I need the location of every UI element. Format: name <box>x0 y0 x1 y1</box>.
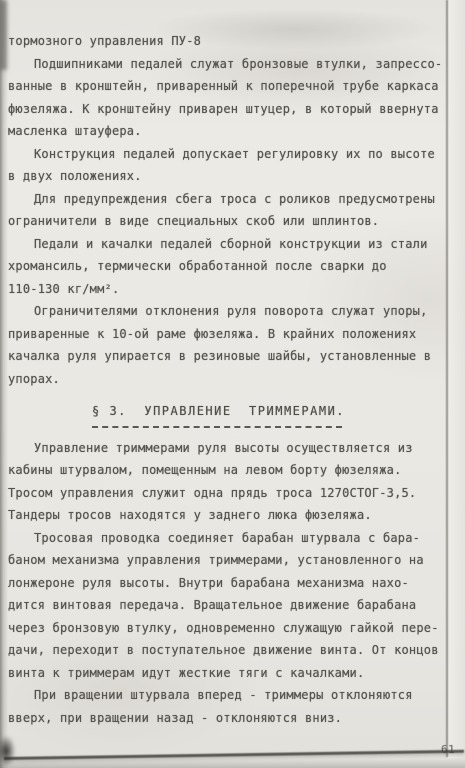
body-paragraph: Для предупреждения сбега троса с роликов… <box>8 188 444 233</box>
body-paragraph: При вращении штурвала вперед - триммеры … <box>8 684 444 729</box>
heading-dashed-underline <box>92 426 342 428</box>
body-paragraph-continuation: тормозного управления ПУ-8 <box>8 30 444 53</box>
body-paragraph: Ограничителями отклонения руля поворота … <box>8 300 444 390</box>
page-right-edge-line <box>446 0 448 757</box>
body-paragraph: Тросовая проводка соединяет барабан штур… <box>8 527 444 685</box>
page-body-text: тормозного управления ПУ-8 Подшипниками … <box>8 30 444 729</box>
page-bottom-shade <box>0 759 465 768</box>
page-top-left-corner-shadow <box>0 0 7 70</box>
section-heading: § 3. УПРАВЛЕНИЕ ТРИММЕРАМИ. <box>92 400 444 423</box>
scanned-document-page: тормозного управления ПУ-8 Подшипниками … <box>0 0 465 768</box>
body-paragraph: Педали и качалки педалей сборной констру… <box>8 233 444 301</box>
page-right-margin <box>448 0 465 758</box>
body-paragraph: Конструкция педалей допускает регулировк… <box>8 143 444 188</box>
section-heading-block: § 3. УПРАВЛЕНИЕ ТРИММЕРАМИ. <box>92 400 444 428</box>
page-left-edge-shadow <box>0 0 8 768</box>
body-paragraph: Подшипниками педалей служат бронзовые вт… <box>8 53 444 143</box>
body-paragraph: Управление триммерами руля высоты осущес… <box>8 437 444 527</box>
